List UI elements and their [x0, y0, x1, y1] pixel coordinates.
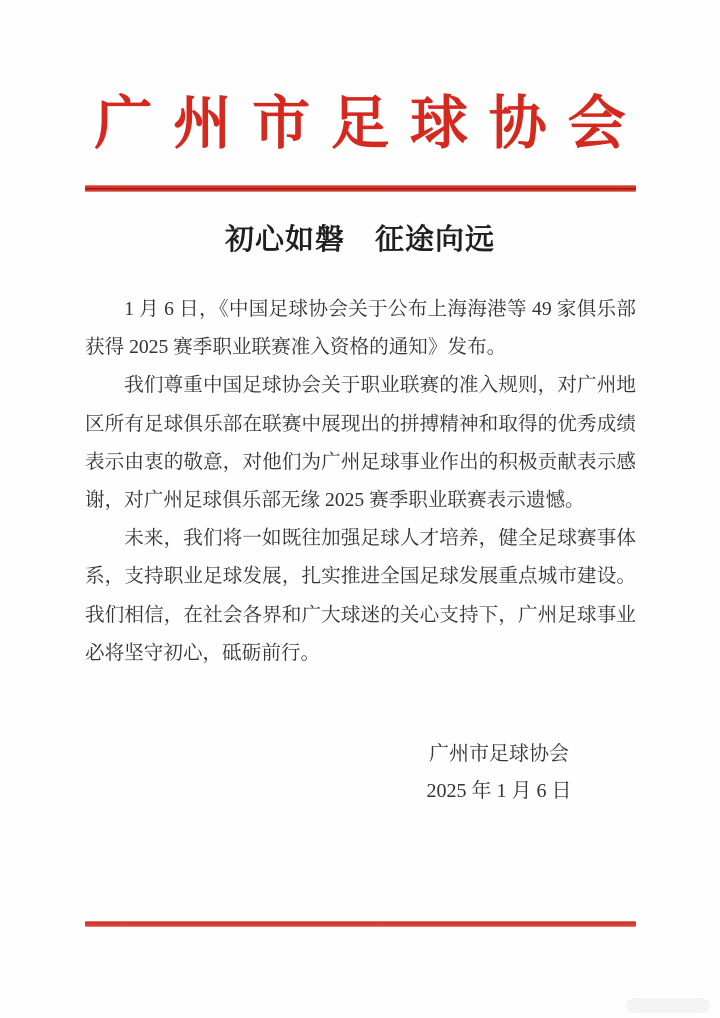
signature-date: 2025 年 1 月 6 日: [338, 773, 660, 810]
letterhead-red-divider: [85, 185, 636, 192]
paragraph-respect: 我们尊重中国足球协会关于职业联赛的准入规则，对广州地区所有足球俱乐部在联赛中展现…: [85, 367, 636, 520]
closing-block: 广州市足球协会 2025 年 1 月 6 日: [338, 736, 660, 810]
official-letter-page: 广州市足球协会 初心如磐 征途向远 1 月 6 日，《中国足球协会关于公布上海海…: [0, 0, 720, 1018]
footer-red-divider: [85, 921, 636, 927]
letter-body: 1 月 6 日，《中国足球协会关于公布上海海港等 49 家俱乐部获得 2025 …: [85, 291, 636, 673]
watermark-smudge: [626, 998, 710, 1013]
signature-org-name: 广州市足球协会: [338, 736, 660, 773]
paragraph-future: 未来，我们将一如既往加强足球人才培养，健全足球赛事体系，支持职业足球发展，扎实推…: [85, 520, 636, 673]
paragraph-announcement: 1 月 6 日，《中国足球协会关于公布上海海港等 49 家俱乐部获得 2025 …: [85, 291, 636, 367]
document-title: 初心如磐 征途向远: [0, 220, 720, 261]
letterhead-org-name: 广州市足球协会: [0, 86, 720, 161]
